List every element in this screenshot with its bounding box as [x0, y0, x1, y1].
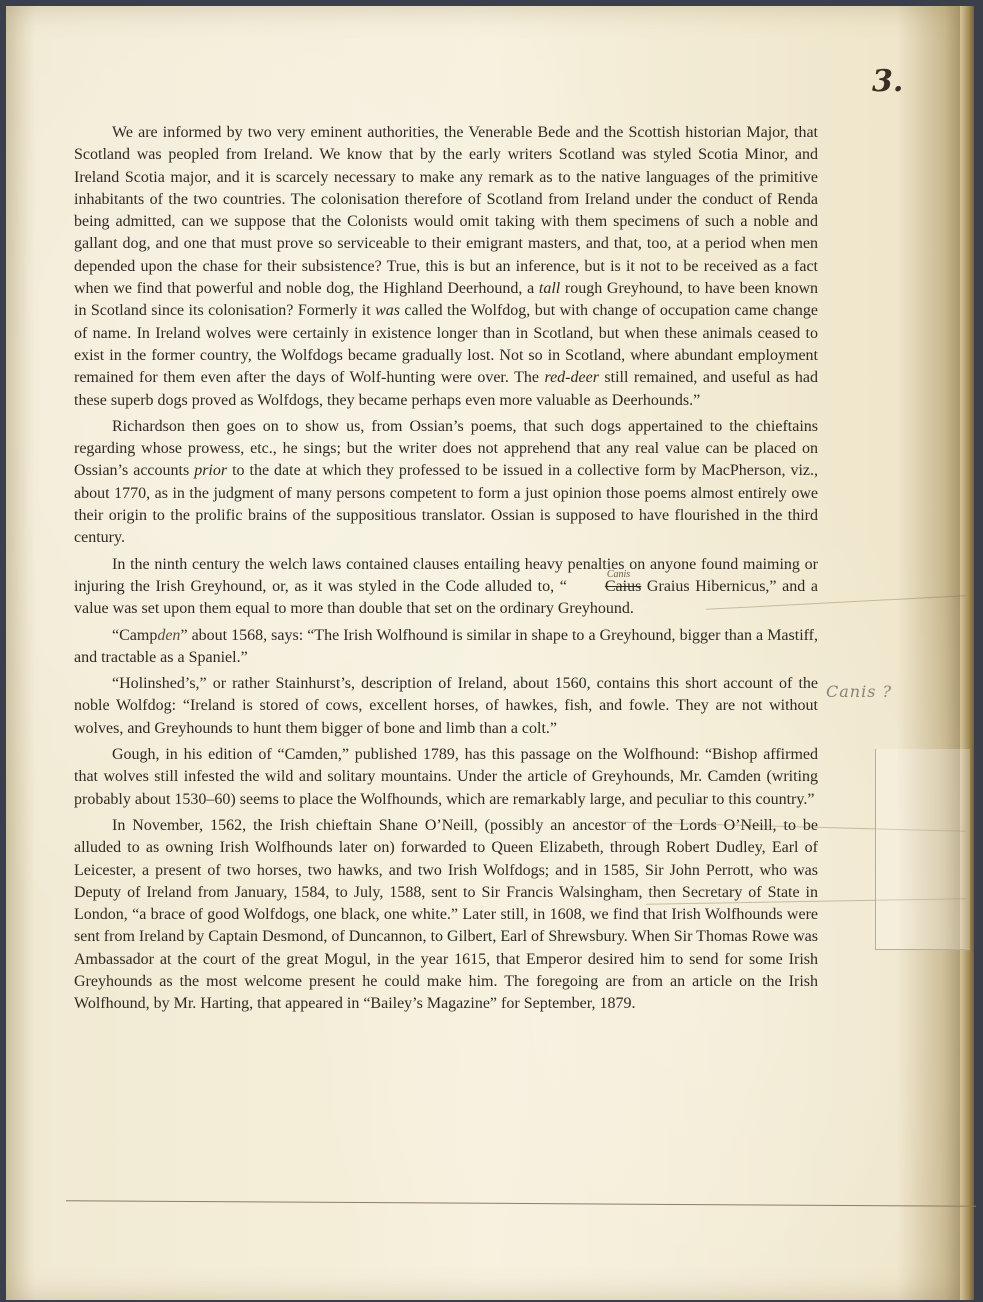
text-run: “Camp	[112, 627, 157, 644]
handwritten-insertion: den	[157, 627, 180, 644]
pasted-paper-inset	[875, 749, 970, 950]
text-run: “Holinshed’s,” or rather Stainhurst’s, d…	[74, 675, 818, 737]
body-text: We are informed by two very eminent auth…	[74, 122, 818, 1020]
paragraph: Gough, in his edition of “Camden,” publi…	[74, 744, 818, 811]
paragraph: “Campden” about 1568, says: “The Irish W…	[74, 625, 818, 670]
paragraph: We are informed by two very eminent auth…	[74, 122, 818, 412]
document-page: 3. We are informed by two very eminent a…	[6, 6, 974, 1300]
emphasis-text: tall	[539, 280, 560, 297]
page-spine-edge	[960, 6, 974, 1300]
handwritten-margin-note: Canis ?	[826, 682, 892, 701]
text-end-rule	[66, 1200, 976, 1207]
page-number: 3.	[872, 64, 903, 99]
text-run: In November, 1562, the Irish chieftain S…	[74, 817, 818, 1012]
paragraph: Richardson then goes on to show us, from…	[74, 416, 818, 550]
emphasis-text: red-deer	[544, 369, 599, 386]
emphasis-text: prior	[194, 462, 227, 479]
paragraph: In November, 1562, the Irish chieftain S…	[74, 815, 818, 1016]
text-run: ” about 1568, says: “The Irish Wolfhound…	[74, 627, 818, 666]
emphasis-text: was	[375, 302, 400, 319]
handwritten-correction: CaiusCanis	[567, 576, 641, 598]
paragraph: “Holinshed’s,” or rather Stainhurst’s, d…	[74, 673, 818, 740]
text-run: Gough, in his edition of “Camden,” publi…	[74, 746, 818, 808]
paragraph: In the ninth century the welch laws cont…	[74, 554, 818, 621]
text-run: We are informed by two very eminent auth…	[74, 124, 818, 297]
